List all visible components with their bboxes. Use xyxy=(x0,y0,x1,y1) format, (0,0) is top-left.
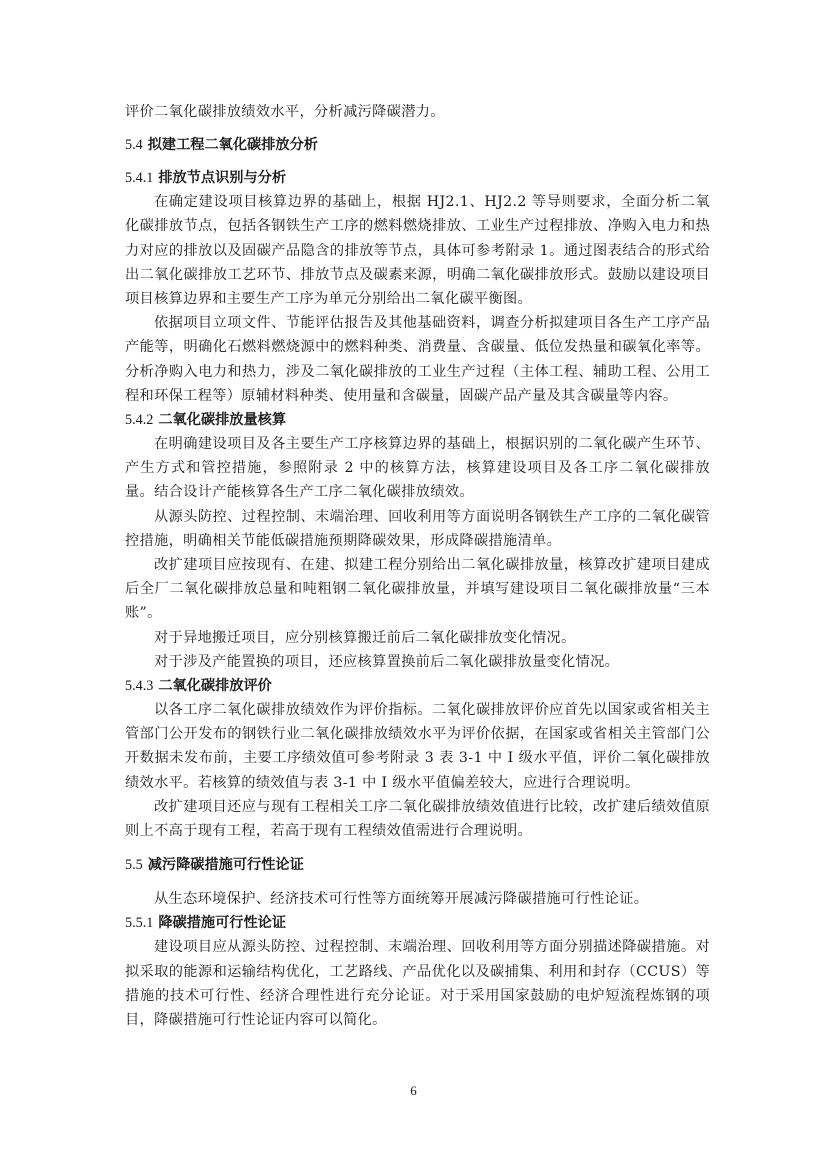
paragraph: 对于涉及产能置换的项目，还应核算置换前后二氧化碳排放量变化情况。 xyxy=(125,650,710,674)
section-heading-5-5: 5.5 减污降碳措施可行性论证 xyxy=(125,853,710,877)
paragraph: 改扩建项目还应与现有工程相关工序二氧化碳排放绩效值进行比较，改扩建后绩效值原则上… xyxy=(125,795,710,843)
paragraph: 在明确建设项目及各主要生产工序核算边界的基础上，根据识别的二氧化碳产生环节、产生… xyxy=(125,432,710,505)
paragraph-intro: 评价二氧化碳排放绩效水平，分析减污降碳潜力。 xyxy=(125,100,710,124)
section-heading-5-4: 5.4 拟建工程二氧化碳排放分析 xyxy=(125,133,710,157)
subsection-heading-5-5-1: 5.5.1 降碳措施可行性论证 xyxy=(125,911,710,935)
subsection-heading-5-4-1: 5.4.1 排放节点识别与分析 xyxy=(125,166,710,190)
paragraph: 在确定建设项目核算边界的基础上，根据 HJ2.1、HJ2.2 等导则要求，全面分… xyxy=(125,190,710,311)
page-number: 6 xyxy=(0,1083,827,1099)
paragraph: 改扩建项目应按现有、在建、拟建工程分别给出二氧化碳排放量，核算改扩建项目建成后全… xyxy=(125,553,710,626)
document-page: 评价二氧化碳排放绩效水平，分析减污降碳潜力。 5.4 拟建工程二氧化碳排放分析 … xyxy=(125,100,710,1032)
subsection-heading-5-4-2: 5.4.2 二氧化碳排放量核算 xyxy=(125,408,710,432)
paragraph: 从生态环境保护、经济技术可行性等方面统筹开展减污降碳措施可行性论证。 xyxy=(125,887,710,911)
paragraph: 以各工序二氧化碳排放绩效作为评价指标。二氧化碳排放评价应首先以国家或省相关主管部… xyxy=(125,698,710,795)
subsection-heading-5-4-3: 5.4.3 二氧化碳排放评价 xyxy=(125,674,710,698)
paragraph: 从源头防控、过程控制、末端治理、回收利用等方面说明各钢铁生产工序的二氧化碳管控措… xyxy=(125,505,710,553)
paragraph: 建设项目应从源头防控、过程控制、末端治理、回收利用等方面分别描述降碳措施。对拟采… xyxy=(125,935,710,1032)
paragraph: 依据项目立项文件、节能评估报告及其他基础资料，调查分析拟建项目各生产工序产品产能… xyxy=(125,311,710,408)
paragraph: 对于异地搬迁项目，应分别核算搬迁前后二氧化碳排放变化情况。 xyxy=(125,626,710,650)
